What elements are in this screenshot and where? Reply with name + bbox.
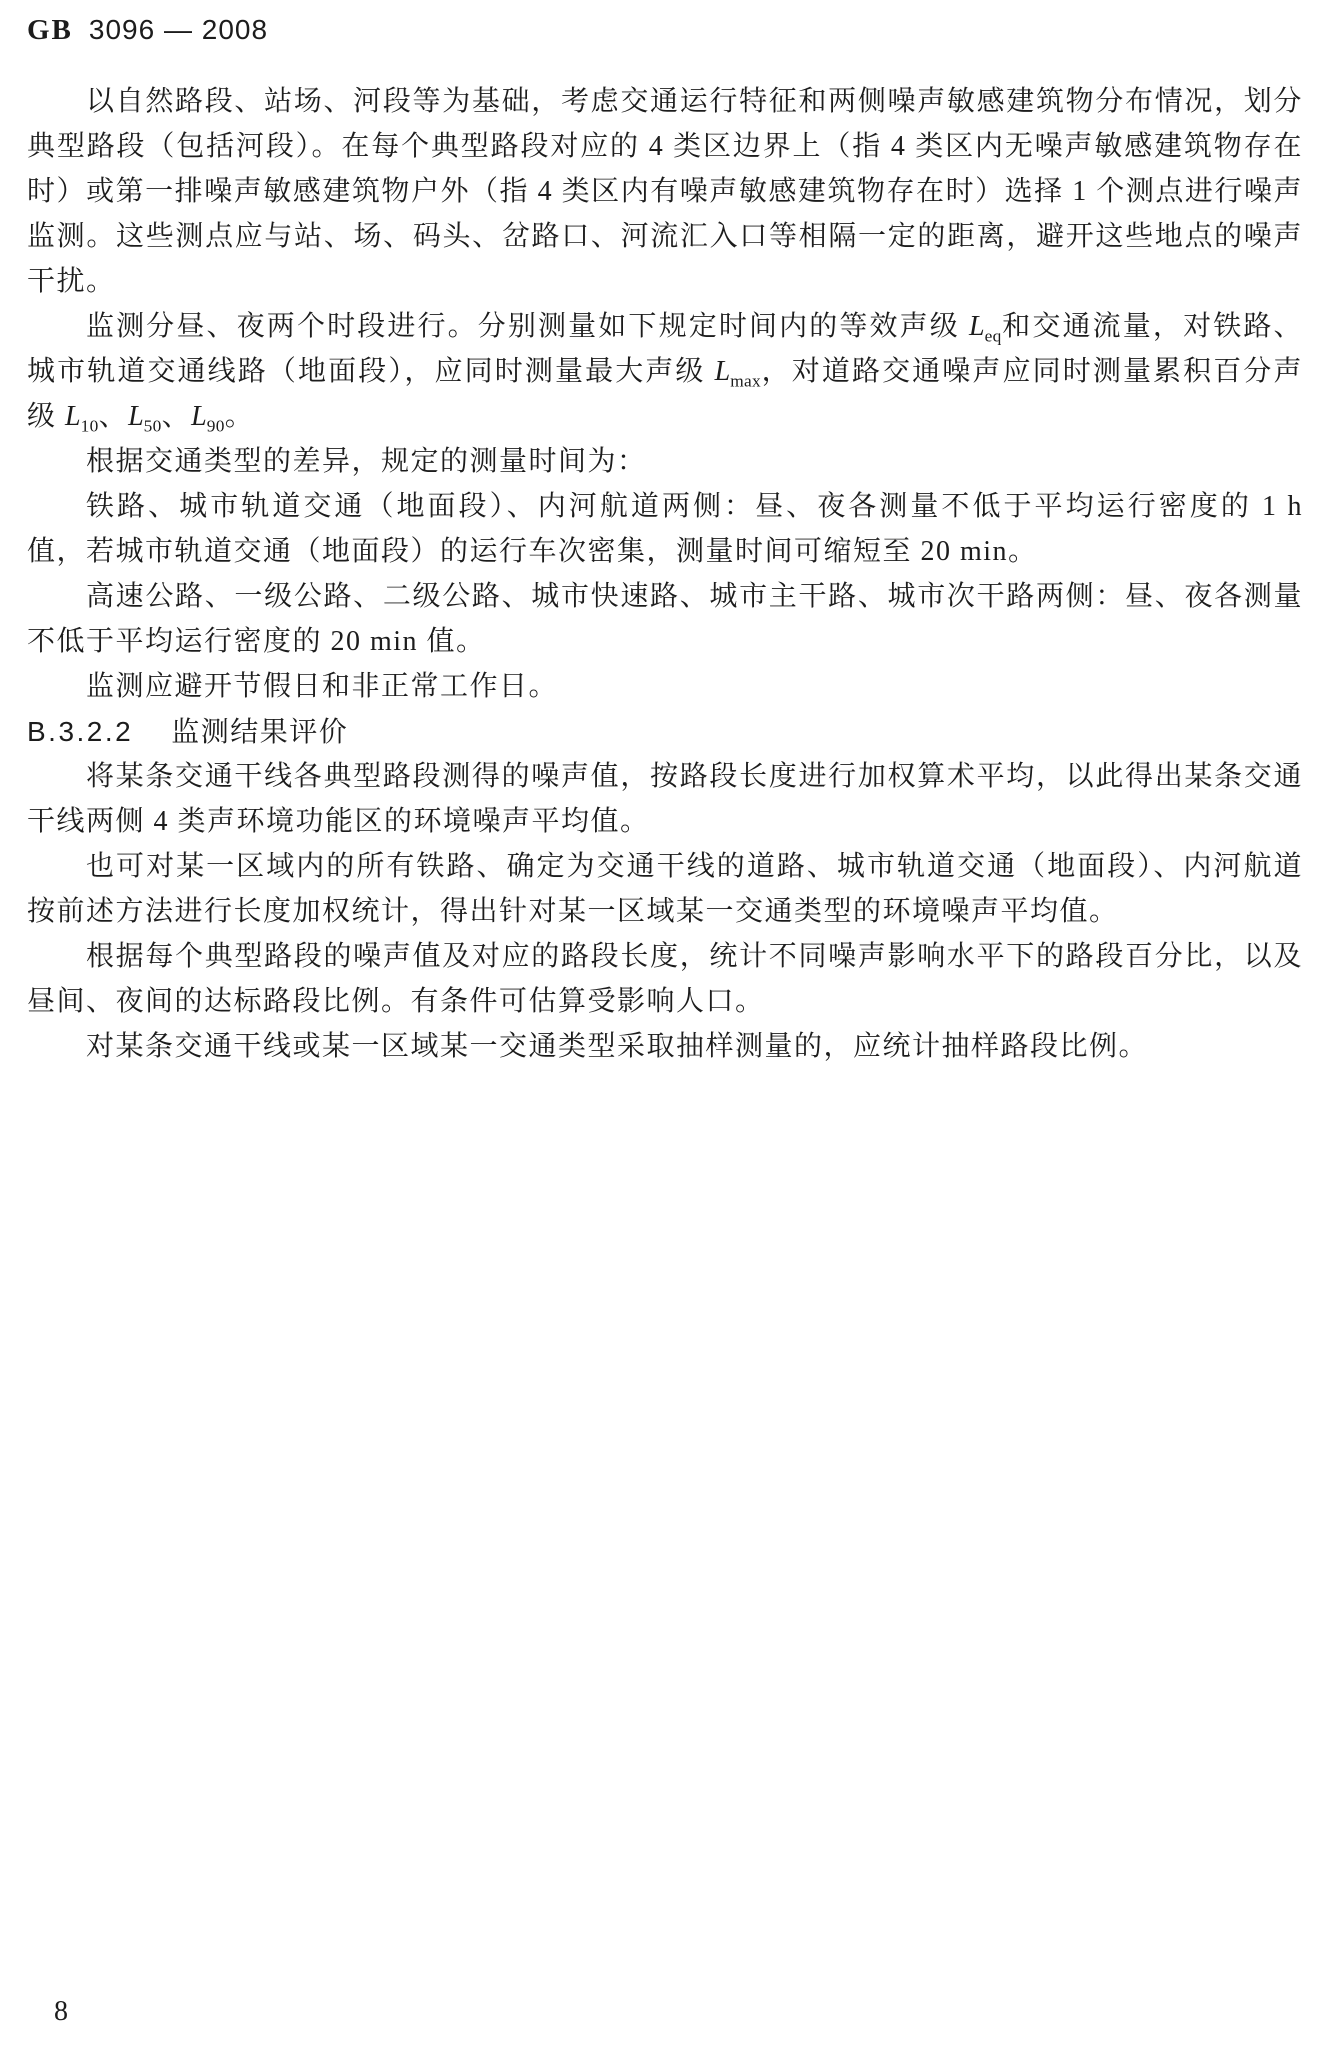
paragraph: 以自然路段、站场、河段等为基础，考虑交通运行特征和两侧噪声敏感建筑物分布情况，划… xyxy=(27,79,1303,304)
paragraph: 也可对某一区域内的所有铁路、确定为交通干线的道路、城市轨道交通（地面段）、内河航… xyxy=(27,844,1303,934)
noise-level-symbol: Lmax xyxy=(715,356,761,387)
noise-level-symbol: L90 xyxy=(191,401,225,432)
section-title: 监测结果评价 xyxy=(171,716,348,747)
document-page: GB3096 — 2008 以自然路段、站场、河段等为基础，考虑交通运行特征和两… xyxy=(0,0,1330,2056)
paragraph: 铁路、城市轨道交通（地面段）、内河航道两侧：昼、夜各测量不低于平均运行密度的 1… xyxy=(27,484,1303,574)
noise-level-symbol: Leq xyxy=(969,311,1002,342)
standard-label: GB xyxy=(27,14,73,46)
paragraph: 根据每个典型路段的噪声值及对应的路段长度，统计不同噪声影响水平下的路段百分比，以… xyxy=(27,934,1303,1024)
paragraph: 监测应避开节假日和非正常工作日。 xyxy=(27,664,1303,709)
paragraph: 高速公路、一级公路、二级公路、城市快速路、城市主干路、城市次干路两侧：昼、夜各测… xyxy=(27,574,1303,664)
page-number: 8 xyxy=(54,1996,68,2028)
document-body: 以自然路段、站场、河段等为基础，考虑交通运行特征和两侧噪声敏感建筑物分布情况，划… xyxy=(27,79,1303,1069)
noise-level-symbol: L50 xyxy=(128,401,162,432)
standard-number: 3096 — 2008 xyxy=(89,14,268,45)
paragraph: 对某条交通干线或某一区域某一交通类型采取抽样测量的，应统计抽样路段比例。 xyxy=(27,1024,1303,1069)
noise-level-symbol: L10 xyxy=(65,401,99,432)
standard-code-header: GB3096 — 2008 xyxy=(27,14,268,47)
paragraph: 根据交通类型的差异，规定的测量时间为： xyxy=(27,439,1303,484)
section-heading: B.3.2.2监测结果评价 xyxy=(27,709,1303,754)
paragraph: 监测分昼、夜两个时段进行。分别测量如下规定时间内的等效声级 Leq和交通流量，对… xyxy=(27,304,1303,439)
section-number: B.3.2.2 xyxy=(27,716,133,747)
paragraph: 将某条交通干线各典型路段测得的噪声值，按路段长度进行加权算术平均，以此得出某条交… xyxy=(27,754,1303,844)
